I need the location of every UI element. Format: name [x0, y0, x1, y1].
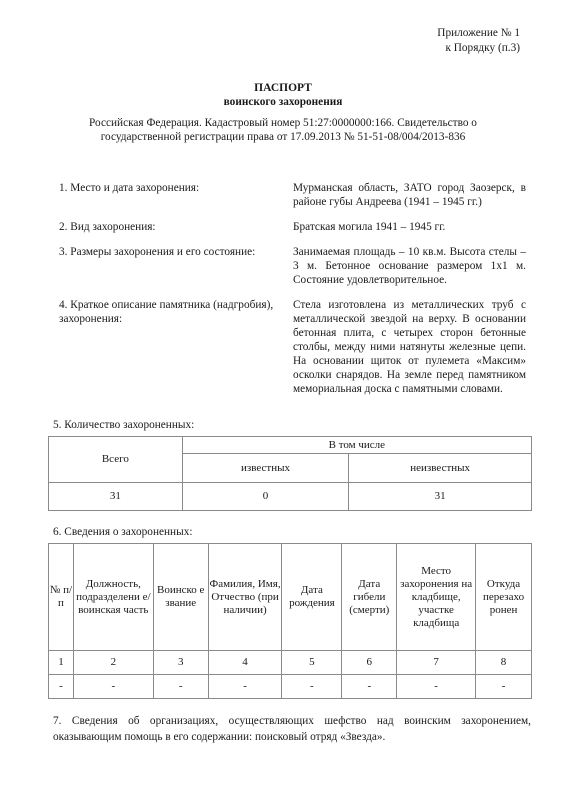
registration-info: Российская Федерация. Кадастровый номер … — [60, 116, 506, 144]
document-title: ПАСПОРТ — [0, 81, 566, 95]
column-number: 5 — [282, 651, 342, 675]
cell-death-date: - — [342, 675, 397, 699]
cell-birth-date: - — [282, 675, 342, 699]
document-subtitle: воинского захоронения — [0, 95, 566, 109]
field-1-label: 1. Место и дата захоронения: — [59, 181, 284, 195]
header-unknown: неизвестных — [349, 454, 532, 483]
unknown-count: 31 — [349, 483, 532, 511]
header-total: Всего — [49, 437, 183, 483]
known-count: 0 — [182, 483, 349, 511]
table-row: - - - - - - - - — [49, 675, 532, 699]
header-death-date: Дата гибели (смерти) — [342, 544, 397, 651]
header-row: № п/ п Должность, подразделени е/ воинск… — [49, 544, 532, 651]
column-number: 2 — [73, 651, 153, 675]
appendix-line-2: к Порядку (п.3) — [437, 41, 520, 56]
cell-reburied-from: - — [476, 675, 532, 699]
field-4-value: Стела изготовлена из металлических труб … — [293, 298, 526, 396]
cell-full-name: - — [208, 675, 282, 699]
burial-count-table: Всего В том числе известных неизвестных … — [48, 436, 532, 511]
header-rank: Воинско е звание — [153, 544, 208, 651]
registration-line-2: государственной регистрации права от 17.… — [60, 130, 506, 144]
field-3-label: 3. Размеры захоронения и его состояние: — [59, 245, 284, 259]
column-number: 1 — [49, 651, 74, 675]
field-2-value: Братская могила 1941 – 1945 гг. — [293, 220, 526, 234]
column-number-row: 1 2 3 4 5 6 7 8 — [49, 651, 532, 675]
buried-info-table: № п/ п Должность, подразделени е/ воинск… — [48, 543, 532, 699]
header-including: В том числе — [182, 437, 531, 454]
header-reburied-from: Откуда перезахо ронен — [476, 544, 532, 651]
header-known: известных — [182, 454, 349, 483]
field-3-value: Занимаемая площадь – 10 кв.м. Высота сте… — [293, 245, 526, 287]
column-number: 3 — [153, 651, 208, 675]
column-number: 4 — [208, 651, 282, 675]
column-number: 8 — [476, 651, 532, 675]
header-burial-place: Место захоронения на кладбище, участке к… — [397, 544, 476, 651]
section-5-title: 5. Количество захороненных: — [53, 418, 194, 432]
appendix-note: Приложение № 1 к Порядку (п.3) — [437, 26, 520, 56]
cell-rank: - — [153, 675, 208, 699]
cell-burial-place: - — [397, 675, 476, 699]
appendix-line-1: Приложение № 1 — [437, 26, 520, 41]
header-birth-date: Дата рождения — [282, 544, 342, 651]
total-count: 31 — [49, 483, 183, 511]
section-6-title: 6. Сведения о захороненных: — [53, 525, 192, 539]
header-full-name: Фамилия, Имя, Отчество (при наличии) — [208, 544, 282, 651]
header-number: № п/ п — [49, 544, 74, 651]
registration-line-1: Российская Федерация. Кадастровый номер … — [60, 116, 506, 130]
section-7-text: 7. Сведения об организациях, осуществляю… — [53, 713, 531, 745]
column-number: 7 — [397, 651, 476, 675]
cell-position: - — [73, 675, 153, 699]
field-4-label: 4. Краткое описание памятника (надгробия… — [59, 298, 284, 326]
column-number: 6 — [342, 651, 397, 675]
field-2-label: 2. Вид захоронения: — [59, 220, 284, 234]
field-1-value: Мурманская область, ЗАТО город Заозерск,… — [293, 181, 526, 209]
header-position: Должность, подразделени е/ воинская част… — [73, 544, 153, 651]
cell-number: - — [49, 675, 74, 699]
